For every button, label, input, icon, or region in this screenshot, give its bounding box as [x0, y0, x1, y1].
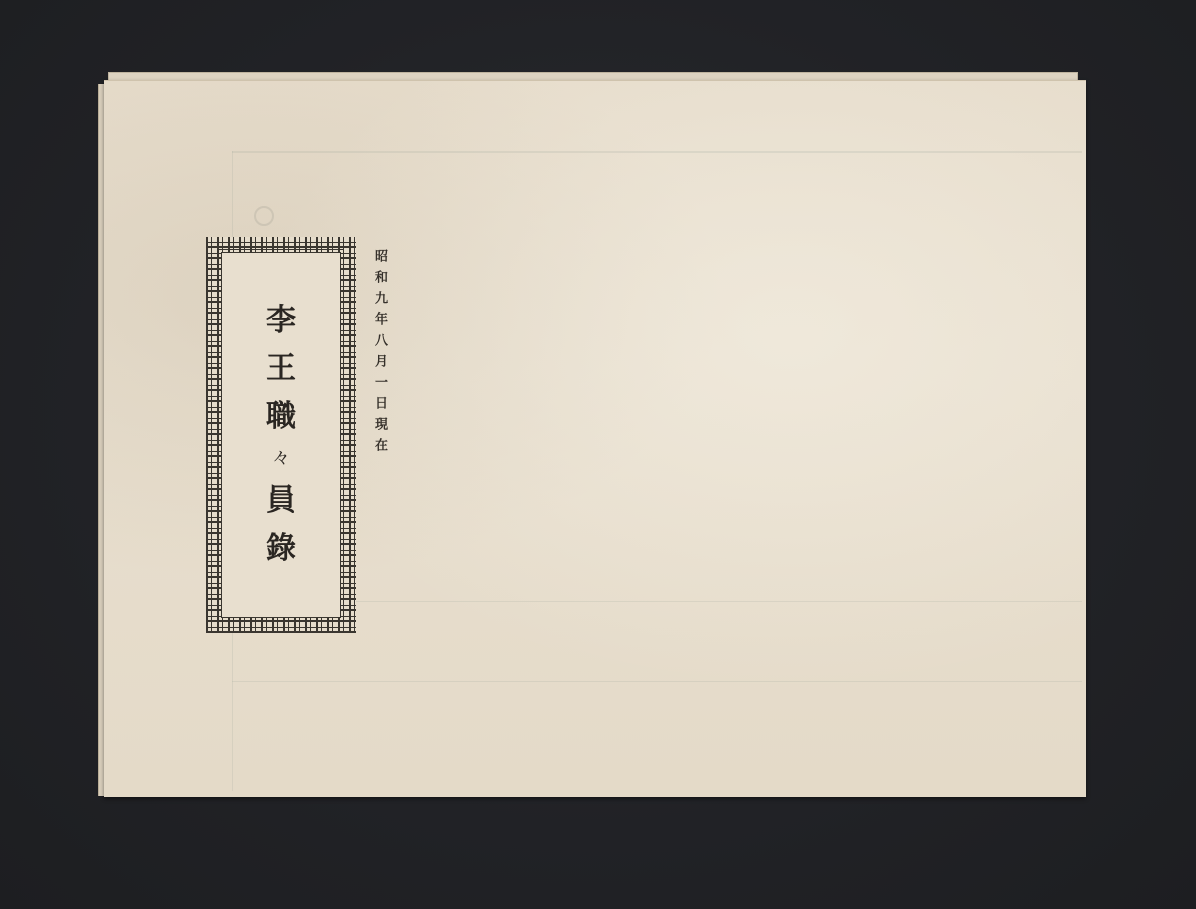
title-char-2: 王: [266, 354, 296, 384]
title-char-6: 錄: [266, 534, 296, 564]
date-line: 昭和九年八月一日現在: [369, 249, 389, 459]
show-through-rule: [232, 601, 1082, 602]
title-char-3: 職: [266, 402, 296, 432]
show-through-circle-mark: [254, 206, 274, 226]
title-char-5: 員: [266, 486, 296, 516]
show-through-rule: [232, 151, 1082, 153]
title-char-4-repeat-mark: 々: [272, 450, 290, 468]
title-block: 李 王 職 々 員 錄: [221, 252, 341, 618]
title-char-1: 李: [266, 306, 296, 336]
show-through-rule: [232, 681, 1082, 682]
ornamental-title-frame: 李 王 職 々 員 錄: [206, 237, 356, 633]
document-cover: 李 王 職 々 員 錄 昭和九年八月一日現在: [104, 80, 1086, 797]
